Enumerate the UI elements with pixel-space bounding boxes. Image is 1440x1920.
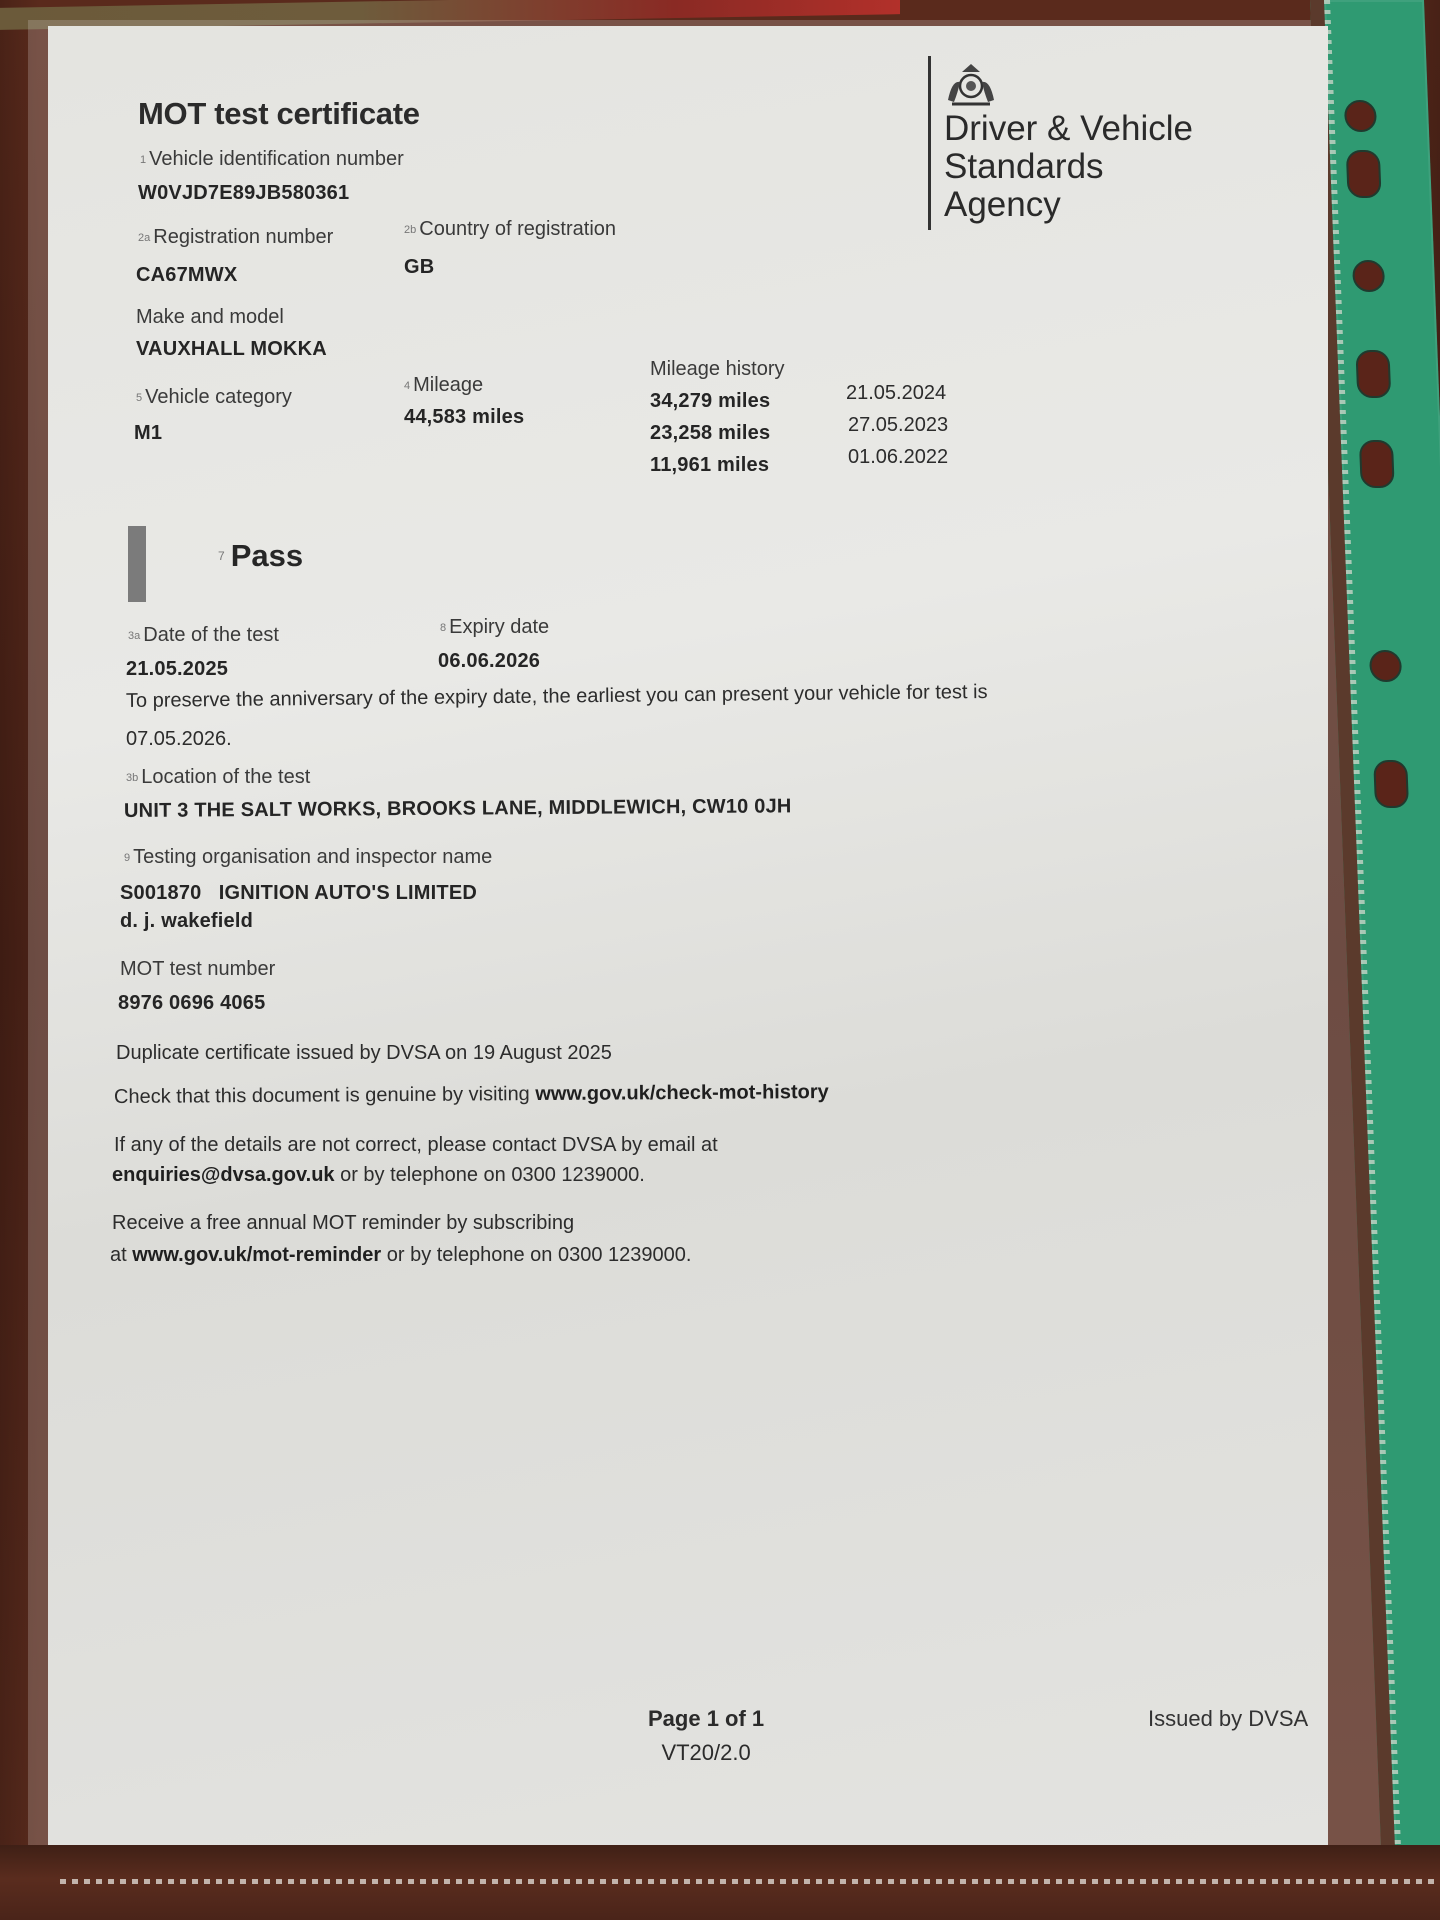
vin-value: W0VJD7E89JB580361 [138, 182, 349, 205]
mileage-label: 4Mileage [404, 374, 483, 397]
field-ref-number: 2a [138, 232, 150, 244]
punch-hole-icon [1352, 260, 1385, 292]
contact-note-line1: If any of the details are not correct, p… [114, 1134, 718, 1157]
mileage-history-label: Mileage history [650, 358, 785, 381]
logo-rule [928, 56, 931, 230]
field-ref-number: 2b [404, 224, 416, 236]
punch-hole-icon [1355, 350, 1391, 398]
field-ref-number: 9 [124, 852, 130, 864]
pass-status-bar [128, 526, 146, 602]
vin-label: 1Vehicle identification number [140, 148, 404, 171]
reminder-note-line2: at www.gov.uk/mot-reminder or by telepho… [110, 1244, 691, 1267]
form-code: VT20/2.0 [661, 1740, 750, 1765]
location-label: 3bLocation of the test [126, 766, 310, 789]
test-number-label: MOT test number [120, 958, 275, 981]
mileage-history-date: 21.05.2024 [846, 382, 946, 405]
certificate-title: MOT test certificate [138, 96, 420, 132]
punch-hole-icon [1373, 760, 1409, 808]
pocket-bottom-seam [0, 1845, 1440, 1920]
perforation-edge [60, 1879, 1440, 1884]
category-value: M1 [134, 422, 162, 445]
field-ref-number: 3a [128, 630, 140, 642]
inspector-name: d. j. wakefield [120, 910, 253, 933]
royal-crest-icon [942, 60, 1000, 108]
field-ref-number: 3b [126, 772, 138, 784]
test-date-label: 3aDate of the test [128, 624, 279, 647]
site-number: S001870 [120, 882, 201, 904]
agency-name: Driver & Vehicle Standards Agency [944, 110, 1193, 224]
dvsa-email-link[interactable]: enquiries@dvsa.gov.uk [112, 1164, 335, 1186]
check-genuine-note: Check that this document is genuine by v… [114, 1081, 829, 1109]
duplicate-note: Duplicate certificate issued by DVSA on … [116, 1042, 612, 1065]
organisation-value: S001870 IGNITION AUTO'S LIMITED [120, 882, 477, 905]
mot-reminder-link[interactable]: www.gov.uk/mot-reminder [132, 1244, 381, 1266]
make-model-label: Make and model [136, 306, 284, 329]
expiry-date-label: 8Expiry date [440, 616, 549, 639]
contact-note-line2: enquiries@dvsa.gov.uk or by telephone on… [112, 1164, 645, 1187]
mileage-history-miles: 34,279 miles [650, 390, 770, 413]
anniversary-note-line1: To preserve the anniversary of the expir… [126, 681, 988, 713]
field-ref-number: 8 [440, 622, 446, 634]
field-ref-number: 7 [218, 549, 225, 563]
reminder-note-line1: Receive a free annual MOT reminder by su… [112, 1212, 574, 1235]
punch-hole-icon [1369, 650, 1402, 682]
field-ref-number: 5 [136, 392, 142, 404]
field-ref-number: 4 [404, 380, 410, 392]
registration-value: CA67MWX [136, 264, 237, 287]
page-number: Page 1 of 1 [648, 1702, 764, 1736]
anniversary-note-line2: 07.05.2026. [126, 728, 232, 751]
test-date-value: 21.05.2025 [126, 658, 228, 681]
country-label: 2bCountry of registration [404, 218, 616, 241]
location-value: UNIT 3 THE SALT WORKS, BROOKS LANE, MIDD… [124, 795, 792, 823]
organisation-label: 9Testing organisation and inspector name [124, 846, 492, 869]
mileage-history-date: 01.06.2022 [848, 446, 948, 469]
registration-label: 2aRegistration number [138, 226, 333, 249]
organisation-name: IGNITION AUTO'S LIMITED [219, 882, 477, 904]
mileage-history-miles: 23,258 miles [650, 422, 770, 445]
result-pass-label: Pass [231, 538, 303, 573]
mot-certificate-page: MOT test certificate Driver & Vehicle St… [48, 26, 1328, 1846]
make-model-value: VAUXHALL MOKKA [136, 338, 327, 361]
category-label: 5Vehicle category [136, 386, 292, 409]
page-footer: Page 1 of 1 VT20/2.0 [648, 1702, 764, 1770]
country-value: GB [404, 256, 434, 279]
expiry-date-value: 06.06.2026 [438, 650, 540, 673]
check-mot-history-link[interactable]: www.gov.uk/check-mot-history [535, 1081, 829, 1105]
field-ref-number: 1 [140, 154, 146, 166]
punch-hole-icon [1344, 100, 1377, 132]
mileage-value: 44,583 miles [404, 406, 524, 429]
issued-by: Issued by DVSA [1148, 1706, 1308, 1732]
test-result: 7Pass [218, 538, 303, 574]
mileage-history-date: 27.05.2023 [848, 414, 948, 437]
punch-hole-icon [1359, 440, 1395, 488]
punch-hole-icon [1346, 150, 1382, 198]
test-number-value: 8976 0696 4065 [118, 992, 265, 1015]
mileage-history-miles: 11,961 miles [650, 454, 769, 477]
